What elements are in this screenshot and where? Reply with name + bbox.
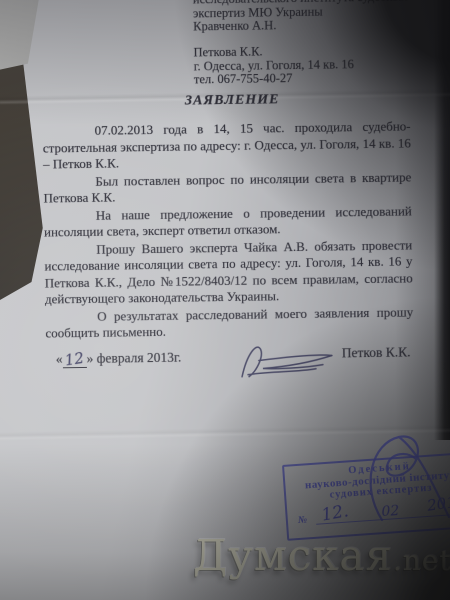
document-photo: исследовательского института судебных эк… <box>0 0 450 600</box>
watermark-suffix: .net <box>393 544 450 577</box>
addressee-block: исследовательского института судебных эк… <box>193 0 408 34</box>
applicant-block: Петкова К.К. г. Одесса, ул. Гоголя, 14 к… <box>193 44 354 87</box>
paragraph-1: 07.02.2013 года в 14, 15 час. проходила … <box>43 118 412 173</box>
handwritten-day: 12 <box>64 349 86 370</box>
signer-name: Петков К.К. <box>342 344 411 361</box>
paragraph-4: Прошу Вашего эксперта Чайка А.В. обязать… <box>44 237 413 308</box>
date-day-slot: 12 <box>62 349 86 368</box>
date-rest: » февраля 2013г. <box>86 350 181 366</box>
date-signature-row: «12» февраля 2013г. Петков К.К. <box>56 338 427 389</box>
handwritten-signature <box>228 337 359 384</box>
watermark-name: Думская <box>193 531 393 580</box>
document-title: ЗАЯВЛЕНИЕ <box>42 90 422 111</box>
paragraph-3: На наше предложение о проведении исследо… <box>44 203 412 241</box>
applicant-phone: тел. 067-755-40-27 <box>194 71 354 87</box>
pen-flourish-signature <box>352 425 450 530</box>
document-body: 07.02.2013 года в 14, 15 час. проходила … <box>43 118 414 343</box>
paragraph-2: Был поставлен вопрос по инсоляции света … <box>43 169 411 207</box>
site-watermark: Думская.net <box>193 531 450 580</box>
stamp-number-label: № <box>298 514 308 526</box>
paragraph-5: О результатах расследований моего заявле… <box>45 304 413 342</box>
date-line: «12» февраля 2013г. <box>56 348 182 369</box>
addressee-line-person: Кравченко А.Н. <box>193 17 408 33</box>
